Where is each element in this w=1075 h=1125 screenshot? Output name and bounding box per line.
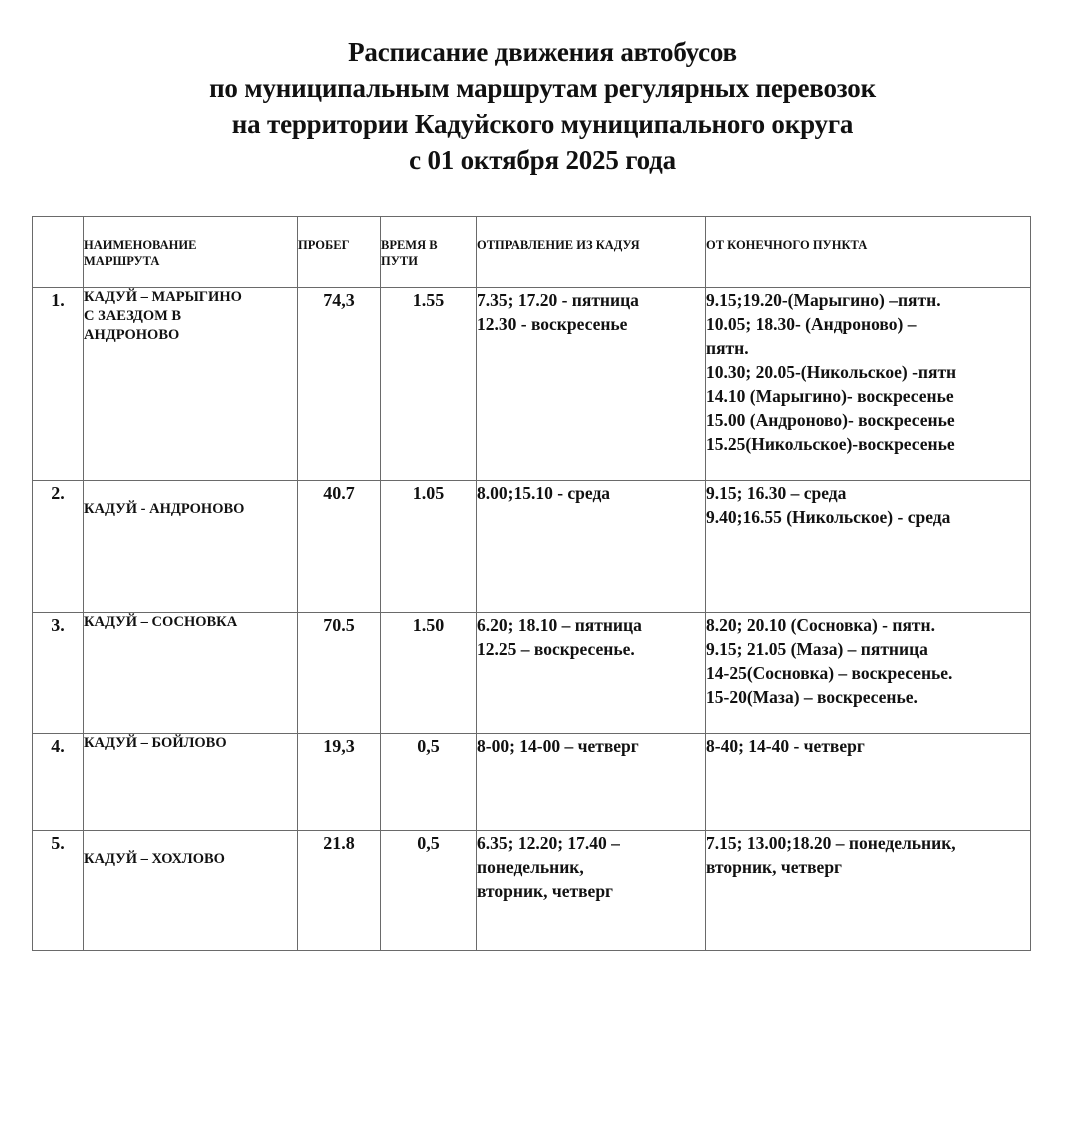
return-times: 8-40; 14-40 - четверг xyxy=(706,734,1031,831)
return-times: 7.15; 13.00;18.20 – понедельник,вторник,… xyxy=(706,831,1031,951)
table-row: 5. КАДУЙ – ХОХЛОВО21.80,56.35; 12.20; 17… xyxy=(33,831,1031,951)
route-number: 2. xyxy=(33,481,84,613)
title-line-3: на территории Кадуйского муниципального … xyxy=(0,106,1075,142)
departure-times: 6.35; 12.20; 17.40 –понедельник,вторник,… xyxy=(477,831,706,951)
departure-times: 7.35; 17.20 - пятница12.30 - воскресенье xyxy=(477,288,706,481)
return-times: 9.15; 16.30 – среда9.40;16.55 (Никольско… xyxy=(706,481,1031,613)
route-distance: 40.7 xyxy=(298,481,381,613)
header-travel-time: ВРЕМЯ В ПУТИ xyxy=(381,217,477,288)
route-travel-time: 1.05 xyxy=(381,481,477,613)
header-row: НАИМЕНОВАНИЕ МАРШРУТА ПРОБЕГ ВРЕМЯ В ПУТ… xyxy=(33,217,1031,288)
route-distance: 74,3 xyxy=(298,288,381,481)
route-number: 1. xyxy=(33,288,84,481)
route-travel-time: 1.55 xyxy=(381,288,477,481)
route-distance: 19,3 xyxy=(298,734,381,831)
route-name: КАДУЙ – МАРЫГИНОС ЗАЕЗДОМ ВАНДРОНОВО xyxy=(84,288,298,481)
title-line-4: с 01 октября 2025 года xyxy=(0,142,1075,178)
return-times: 8.20; 20.10 (Сосновка) - пятн.9.15; 21.0… xyxy=(706,613,1031,734)
table-row: 3.КАДУЙ – СОСНОВКА70.51.506.20; 18.10 – … xyxy=(33,613,1031,734)
header-distance: ПРОБЕГ xyxy=(298,217,381,288)
route-name: КАДУЙ – ХОХЛОВО xyxy=(84,831,298,951)
header-num xyxy=(33,217,84,288)
route-number: 5. xyxy=(33,831,84,951)
schedule-table: НАИМЕНОВАНИЕ МАРШРУТА ПРОБЕГ ВРЕМЯ В ПУТ… xyxy=(32,216,1031,951)
return-times: 9.15;19.20-(Марыгино) –пятн.10.05; 18.30… xyxy=(706,288,1031,481)
route-number: 3. xyxy=(33,613,84,734)
header-return: ОТ КОНЕЧНОГО ПУНКТА xyxy=(706,217,1031,288)
route-travel-time: 0,5 xyxy=(381,734,477,831)
route-name: КАДУЙ – БОЙЛОВО xyxy=(84,734,298,831)
table-row: 4.КАДУЙ – БОЙЛОВО19,30,58-00; 14-00 – че… xyxy=(33,734,1031,831)
title-line-2: по муниципальным маршрутам регулярных пе… xyxy=(0,70,1075,106)
departure-times: 8-00; 14-00 – четверг xyxy=(477,734,706,831)
title-line-1: Расписание движения автобусов xyxy=(0,34,1075,70)
route-name: КАДУЙ – СОСНОВКА xyxy=(84,613,298,734)
header-route-name: НАИМЕНОВАНИЕ МАРШРУТА xyxy=(84,217,298,288)
route-distance: 70.5 xyxy=(298,613,381,734)
header-departure: ОТПРАВЛЕНИЕ ИЗ КАДУЯ xyxy=(477,217,706,288)
route-travel-time: 1.50 xyxy=(381,613,477,734)
table-row: 1.КАДУЙ – МАРЫГИНОС ЗАЕЗДОМ ВАНДРОНОВО74… xyxy=(33,288,1031,481)
departure-times: 8.00;15.10 - среда xyxy=(477,481,706,613)
route-number: 4. xyxy=(33,734,84,831)
document-title: Расписание движения автобусов по муницип… xyxy=(0,34,1075,178)
route-travel-time: 0,5 xyxy=(381,831,477,951)
departure-times: 6.20; 18.10 – пятница12.25 – воскресенье… xyxy=(477,613,706,734)
table-row: 2. КАДУЙ - АНДРОНОВО40.71.058.00;15.10 -… xyxy=(33,481,1031,613)
route-name: КАДУЙ - АНДРОНОВО xyxy=(84,481,298,613)
route-distance: 21.8 xyxy=(298,831,381,951)
